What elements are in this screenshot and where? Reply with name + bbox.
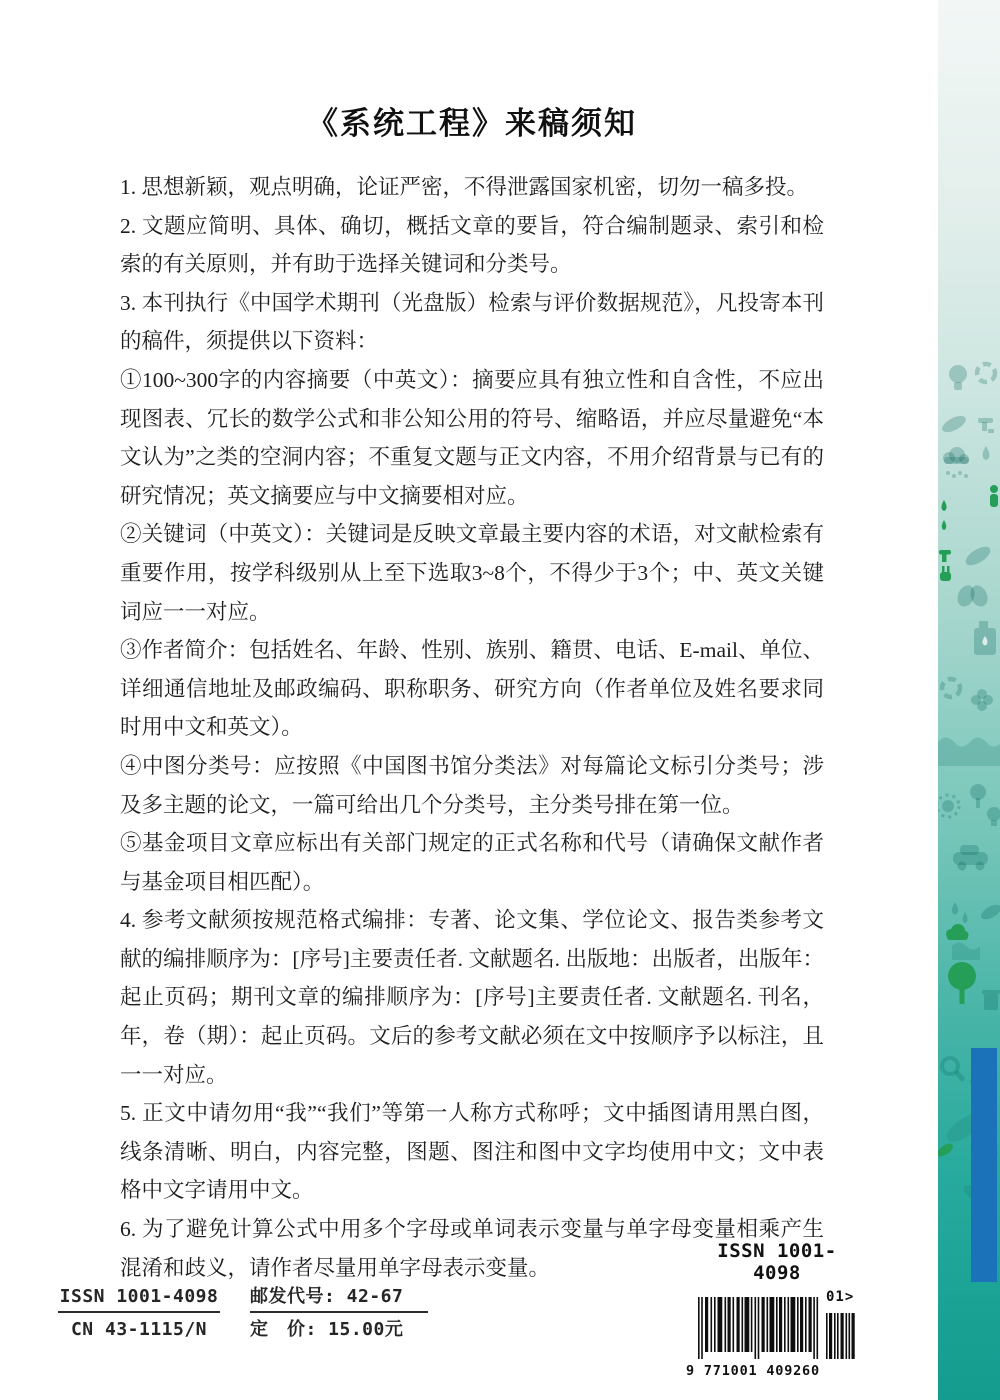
notice-body: 1. 思想新颖，观点明确，论证严密，不得泄露国家机密，切勿一稿多投。 2. 文题… <box>120 168 824 1287</box>
notice-content: 《系统工程》来稿须知 1. 思想新颖，观点明确，论证严密，不得泄露国家机密，切勿… <box>120 102 824 1287</box>
wave-icon <box>938 738 1000 767</box>
bulb-icon <box>987 807 1000 826</box>
notice-paragraph-3e: ⑤基金项目文章应标出有关部门规定的正式名称和代号（请确保文献作者与基金项目相匹配… <box>120 824 824 901</box>
notice-paragraph-3d: ④中图分类号：应按照《中国图书馆分类法》对每篇论文标引分类号；涉及多主题的论文，… <box>120 747 824 824</box>
sun-icon <box>938 795 959 817</box>
flower-icon <box>971 689 993 711</box>
drop-icon <box>983 446 990 460</box>
notice-paragraph-3: 3. 本刊执行《中国学术期刊（光盘版）检索与评价数据规范》，凡投寄本刊的稿件，须… <box>120 284 824 361</box>
notice-paragraph-3a: ①100~300字的内容摘要（中英文）：摘要应具有独立性和自含性，不应出现图表、… <box>120 361 824 515</box>
butterfly-icon <box>954 583 991 610</box>
drop-icon <box>952 902 958 915</box>
green-drop-icon <box>941 500 946 511</box>
faucet-icon <box>978 418 994 433</box>
green-drop-icon <box>942 520 947 530</box>
leaf-icon <box>979 902 1000 923</box>
wave-icon <box>952 943 980 961</box>
notice-paragraph-2: 2. 文题应简明、具体、确切，概括文章的要旨，符合编制题录、索引和检索的有关原则… <box>120 207 824 284</box>
barcode-bars <box>686 1297 858 1361</box>
issn-block: ISSN 1001-4098 CN 43-1115/N <box>58 1283 220 1343</box>
barcode-issn-label: ISSN 1001-4098 <box>702 1240 852 1284</box>
barcode-addon: 01> <box>826 1289 854 1305</box>
page-title: 《系统工程》来稿须知 <box>120 102 824 146</box>
recycle-icon <box>977 364 995 382</box>
notice-paragraph-3b: ②关键词（中英文）：关键词是反映文章最主要内容的术语，对文献检索有重要作用，按学… <box>120 515 824 631</box>
green-plug-icon <box>940 566 951 581</box>
green-leaf-icon <box>938 1141 955 1159</box>
divider-line <box>250 1311 428 1313</box>
drop-icon <box>962 912 967 923</box>
leaf-icon <box>963 543 994 569</box>
cn-number: CN 43-1115/N <box>58 1316 220 1343</box>
postal-price-block: 邮发代号: 42-67 定 价: 15.00元 <box>250 1283 428 1343</box>
oil-can-icon <box>974 621 996 655</box>
journal-back-cover: 《系统工程》来稿须知 1. 思想新颖，观点明确，论证严密，不得泄露国家机密，切勿… <box>0 0 1000 1400</box>
notice-paragraph-1: 1. 思想新颖，观点明确，论证严密，不得泄露国家机密，切勿一稿多投。 <box>120 168 824 207</box>
green-tree-icon <box>948 962 976 1004</box>
notice-paragraph-3c: ③作者简介：包括姓名、年龄、性别、族别、籍贯、电话、E-mail、单位、详细通信… <box>120 631 824 747</box>
decorative-side-strip <box>938 0 1000 1400</box>
postal-code: 邮发代号: 42-67 <box>250 1283 428 1310</box>
leaf-icon <box>940 413 969 436</box>
price: 定 价: 15.00元 <box>250 1316 428 1343</box>
green-faucet-icon <box>939 550 951 562</box>
recycle-bin-icon <box>982 990 1000 1010</box>
cloud-rain-icon <box>943 447 969 478</box>
notice-paragraph-5: 5. 正文中请勿用“我”“我们”等第一人称方式称呼；文中插图请用黑白图，线条清晰… <box>120 1094 824 1210</box>
recycle-icon <box>942 679 960 697</box>
bulb-icon <box>949 365 967 390</box>
green-person-icon <box>990 485 998 507</box>
blue-accent-bar <box>971 1048 997 1282</box>
magnifier-icon <box>942 1058 966 1082</box>
green-cloud-icon <box>946 924 969 940</box>
barcode-block: ISSN 1001-4098 <box>686 1240 862 1385</box>
notice-paragraph-4: 4. 参考文献须按规范格式编排：专著、论文集、学位论文、报告类参考文献的编排顺序… <box>120 901 824 1094</box>
tree-icon <box>970 784 986 808</box>
barcode-digits: 9 771001 409260 <box>686 1363 818 1379</box>
divider-line <box>58 1311 220 1313</box>
car-icon <box>953 845 988 871</box>
issn-number: ISSN 1001-4098 <box>58 1283 220 1310</box>
